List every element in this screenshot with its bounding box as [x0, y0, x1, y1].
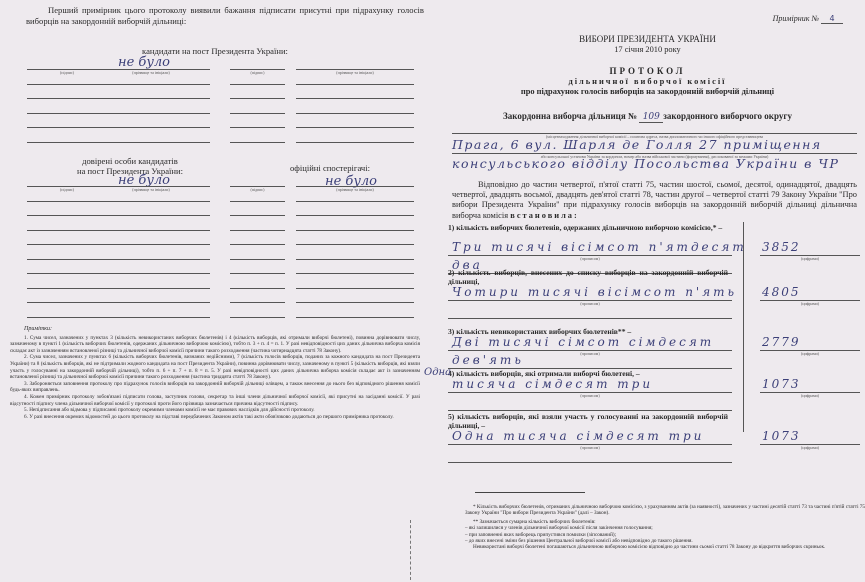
name-line: [296, 142, 414, 143]
location-handwritten-2: консульського відділу Посольства України…: [452, 156, 839, 171]
name-line: [92, 201, 210, 202]
notes-section: Примітки: 1. Сума чисел, зазначених у пу…: [10, 326, 420, 420]
legal-basis-text: Відповідно до частин четвертої, п'ятої с…: [452, 180, 857, 221]
item-words-4: тисяча сімдесят три: [452, 377, 653, 391]
note-6: 6. У разі внесення окремих відомостей до…: [10, 414, 420, 421]
legal-established: встановила:: [510, 211, 579, 220]
station-number: 109: [639, 112, 663, 123]
words-caption: (прописом): [570, 256, 610, 261]
item-words-5: Одна тисяча сімдесят три: [452, 429, 704, 443]
item-words-3: Дві тисячі сімсот сімдесят: [452, 335, 714, 349]
item-digits-5: 1073: [762, 429, 801, 443]
digits-caption: (цифрами): [790, 445, 830, 450]
name-line: [296, 288, 414, 289]
name-line: [296, 244, 414, 245]
footnotes: * Кількість виборчих бюлетенів, отримани…: [465, 504, 865, 551]
name-line: [92, 288, 210, 289]
name-line: [92, 273, 210, 274]
item-label-1: 1) кількість виборчих бюлетенів, одержан…: [448, 223, 728, 232]
left-page: Перший примірник цього протоколу виявили…: [0, 0, 430, 582]
signature-line: [230, 201, 285, 202]
signatures-intro: Перший примірник цього протоколу виявили…: [26, 5, 424, 27]
item-digits-4: 1073: [762, 377, 801, 391]
name-caption: (прізвище та ініціали): [92, 187, 210, 192]
item-words-line-2: [448, 318, 732, 319]
name-line: [296, 230, 414, 231]
signature-line: [230, 215, 285, 216]
name-line: [92, 84, 210, 85]
name-line: [92, 317, 210, 318]
name-line: [296, 317, 414, 318]
name-line: [92, 230, 210, 231]
name-line: [296, 259, 414, 260]
name-line: [92, 127, 210, 128]
signature-line: [230, 273, 285, 274]
item-words-1: Три тисячі вісімсот п'ятдесят: [452, 240, 747, 254]
words-caption: (прописом): [570, 445, 610, 450]
item-margin-note: Одна: [424, 367, 451, 378]
item-digits-2: 4805: [762, 285, 801, 299]
right-page: Примірник № 4 ВИБОРИ ПРЕЗИДЕНТА УКРАЇНИ …: [430, 0, 865, 582]
footnote-6: Невикористані виборчі бюлетені погашають…: [465, 544, 865, 550]
name-caption: (прізвище та ініціали): [296, 187, 414, 192]
footnote-1: * Кількість виборчих бюлетенів, отримани…: [465, 504, 865, 517]
signature-line: [230, 84, 285, 85]
item-words-2: Чотири тисячі вісімсот п'ять: [452, 285, 737, 299]
election-date: 17 січня 2010 року: [430, 45, 865, 54]
note-5: 5. Непідписання або відмова у підписанні…: [10, 407, 420, 414]
signature-line: [230, 230, 285, 231]
station-prefix: Закордонна виборча дільниця №: [503, 111, 637, 121]
item-label-2: 2) кількість виборців, внесених до списк…: [448, 268, 728, 286]
signature-line: [230, 127, 285, 128]
name-line: [296, 84, 414, 85]
words-caption: (прописом): [570, 351, 610, 356]
footnote-separator: [475, 492, 585, 493]
signature-line: [230, 302, 285, 303]
protocol-title: ПРОТОКОЛ: [430, 66, 865, 76]
name-line: [296, 201, 414, 202]
copy-number-value: 4: [821, 14, 843, 24]
signature-line: [230, 113, 285, 114]
handwritten-no-candidates: не було: [118, 55, 170, 70]
observers-title: офіційні спостерігачі:: [240, 163, 420, 173]
note-1: 1. Сума чисел, зазначених у пунктах 3 (к…: [10, 335, 420, 355]
copy-label: Примірник №: [773, 14, 819, 23]
name-line: [296, 215, 414, 216]
signature-line: [230, 317, 285, 318]
name-line: [92, 259, 210, 260]
name-line: [92, 113, 210, 114]
station-heading: Закордонна виборча дільниця № 109закордо…: [430, 111, 865, 123]
proxies-title-line1: довірені особи кандидатів: [40, 156, 220, 166]
name-line: [92, 244, 210, 245]
note-4: 4. Кожен примірник протоколу зобов'язані…: [10, 394, 420, 407]
digits-caption: (цифрами): [790, 393, 830, 398]
signature-line: [230, 259, 285, 260]
protocol-subtitle-1: дільничної виборчої комісії: [430, 77, 865, 86]
name-line: [92, 142, 210, 143]
name-line: [296, 98, 414, 99]
location-handwritten-1: Прага, 6 вул. Шарля де Голля 27 приміщен…: [452, 137, 822, 152]
signature-line: [230, 142, 285, 143]
words-caption: (прописом): [570, 301, 610, 306]
name-line: [92, 98, 210, 99]
name-line: [296, 302, 414, 303]
digits-caption: (цифрами): [790, 301, 830, 306]
note-3: 3. Забороняється заповнення протоколу пр…: [10, 381, 420, 394]
item-words-line-2: [448, 462, 732, 463]
copy-number: Примірник № 4: [773, 14, 843, 24]
protocol-subtitle-2: про підрахунок голосів виборців на закор…: [430, 87, 865, 96]
name-line: [92, 215, 210, 216]
words-caption: (прописом): [570, 393, 610, 398]
item-digits-3: 2779: [762, 335, 801, 349]
station-suffix: закордонного виборчого округу: [663, 111, 792, 121]
name-line: [92, 302, 210, 303]
item-words-line-2: [448, 410, 732, 411]
signature-line: [230, 244, 285, 245]
name-line: [296, 273, 414, 274]
signature-caption: (підпис): [230, 187, 285, 192]
signature-caption: (підпис): [230, 70, 285, 75]
election-title: ВИБОРИ ПРЕЗИДЕНТА УКРАЇНИ: [430, 34, 865, 44]
notes-title: Примітки:: [24, 326, 420, 333]
name-caption: (прізвище та ініціали): [296, 70, 414, 75]
signature-line: [230, 98, 285, 99]
digits-caption: (цифрами): [790, 351, 830, 356]
signature-line: [230, 288, 285, 289]
digits-caption: (цифрами): [790, 256, 830, 261]
item-label-5: 5) кількість виборців, які взяли участь …: [448, 412, 728, 430]
note-2: 2. Сума чисел, зазначених у пунктах 6 (к…: [10, 354, 420, 380]
name-line: [296, 113, 414, 114]
item-words-cont-3: дев'ять: [452, 353, 524, 367]
name-caption: (прізвище та ініціали): [92, 70, 210, 75]
name-line: [296, 127, 414, 128]
page-fold-mark: [410, 520, 413, 580]
item-digits-1: 3852: [762, 240, 801, 254]
